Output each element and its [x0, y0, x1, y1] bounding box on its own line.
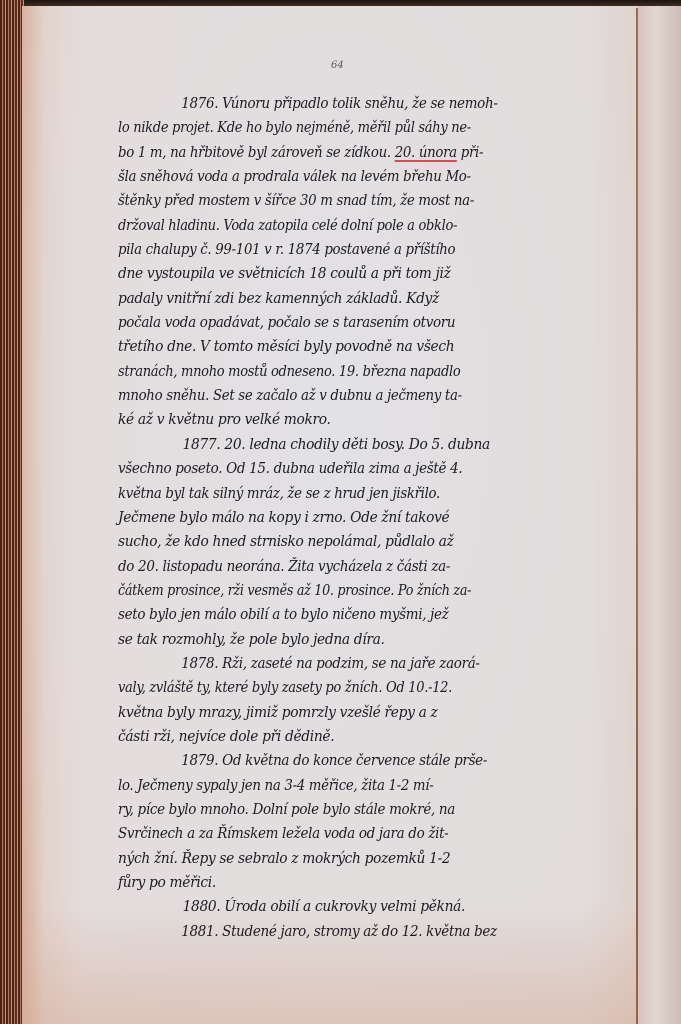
text-line: štěnky před mostem v šířce 30 m snad tím… — [118, 189, 589, 213]
open-book: 64 1876. Vúnoru připadlo tolik sněhu, že… — [0, 0, 681, 1024]
text-line: 1877. 20. ledna chodily děti bosy. Do 5.… — [118, 433, 604, 457]
text-line: třetího dne. V tomto měsíci byly povodně… — [118, 335, 604, 359]
text-line: do 20. listopadu neorána. Žita vycházela… — [118, 555, 594, 579]
text-line: Ječmene bylo málo na kopy i zrno. Ode žn… — [118, 506, 604, 530]
text-line: držoval hladinu. Voda zatopila celé doln… — [118, 214, 579, 238]
page-number: 64 — [331, 60, 344, 71]
text-line: Svrčinech a za Římskem ležela voda od ja… — [118, 822, 594, 846]
text-line: bo 1 m, na hřbitově byl zároveň se zídko… — [118, 141, 589, 165]
text-line: valy, zvláště ty, které byly zasety po ž… — [118, 676, 579, 700]
text-line: pila chalupy č. 99-101 v r. 1874 postave… — [118, 238, 589, 262]
text-line: fůry po měřici. — [118, 871, 604, 895]
text-line: stranách, mnoho mostů odneseno. 19. břez… — [118, 360, 579, 384]
text-line: 1878. Rži, zaseté na podzim, se na jaře … — [118, 652, 594, 676]
text-line: ných žní. Řepy se sebralo z mokrých poze… — [118, 847, 604, 871]
underlined-date: 20. února — [395, 145, 457, 161]
text-line: 1876. Vúnoru připadlo tolik sněhu, že se… — [118, 92, 594, 116]
text-line: seto bylo jen málo obilí a to bylo ničen… — [118, 603, 594, 627]
text-line: lo nikde projet. Kde ho bylo nejméně, mě… — [118, 116, 579, 140]
text-line: padaly vnitřní zdi bez kamenných základů… — [118, 287, 604, 311]
text-line: počala voda opadávat, počalo se s tarase… — [118, 311, 594, 335]
text-line: 1881. Studené jaro, stromy až do 12. kvě… — [118, 920, 594, 944]
facing-page-edge — [638, 6, 681, 1024]
text-line: části rži, nejvíce dole při dědině. — [118, 725, 604, 749]
text-line: všechno poseto. Od 15. dubna udeřila zim… — [118, 457, 594, 481]
text-line: 1880. Úroda obilí a cukrovky velmi pěkná… — [118, 895, 604, 919]
text-line: května byly mrazy, jimiž pomrzly vzešlé … — [118, 701, 604, 725]
text-line: 1879. Od května do konce července stále … — [118, 749, 594, 773]
text-line: ké až v květnu pro velké mokro. — [118, 408, 604, 432]
text-segment: při- — [457, 145, 483, 161]
handwritten-text: 1876. Vúnoru připadlo tolik sněhu, že se… — [118, 92, 630, 944]
text-line: května byl tak silný mráz, že se z hrud … — [118, 482, 589, 506]
text-line: se tak rozmohly, že pole bylo jedna díra… — [118, 628, 604, 652]
text-line: lo. Ječmeny sypaly jen na 3-4 měřice, ži… — [118, 774, 589, 798]
text-line: ry, píce bylo mnoho. Dolní pole bylo stá… — [118, 798, 594, 822]
text-line: sucho, že kdo hned strnisko nepolámal, p… — [118, 530, 604, 554]
text-line: čátkem prosince, rži vesměs až 10. prosi… — [118, 579, 569, 603]
text-line: šla sněhová voda a prodrala válek na lev… — [118, 165, 589, 189]
text-line: dne vystoupila ve světnicích 18 coulů a … — [118, 262, 604, 286]
text-line: mnoho sněhu. Set se začalo až v dubnu a … — [118, 384, 589, 408]
text-segment: bo 1 m, na hřbitově byl zároveň se zídko… — [118, 145, 391, 161]
page-stack-edge — [0, 0, 24, 1024]
